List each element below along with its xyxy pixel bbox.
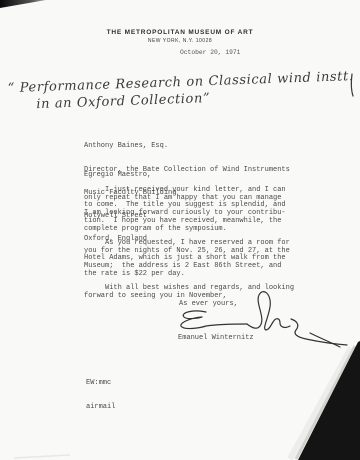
body-paragraph-3: With all best wishes and regards, and lo… <box>84 285 294 300</box>
scanned-letter-page: THE METROPOLITAN MUSEUM OF ART NEW YORK,… <box>0 0 360 460</box>
page-edge-highlight <box>296 346 355 459</box>
scan-corner-bottom-right <box>298 341 360 460</box>
scan-streak-bottom-left <box>14 455 70 458</box>
recipient-name: Anthony Baines, Esq. <box>84 143 290 151</box>
page-edge-shadow <box>290 348 351 459</box>
body-paragraph-2: As you requested, I have reserved a room… <box>84 240 290 279</box>
letter-date: October 20, 1971 <box>180 49 240 56</box>
typed-signature-name: Emanuel Winternitz <box>178 335 254 343</box>
typist-initials: EW:mmc <box>86 380 115 388</box>
letterhead-organization: THE METROPOLITAN MUSEUM OF ART <box>0 29 360 36</box>
scan-corner-top-left <box>0 0 46 8</box>
reference-block: EW:mmc airmail <box>86 365 115 427</box>
body-paragraph-1: I just received your kind letter, and I … <box>84 187 286 233</box>
letterhead-location: NEW YORK, N.Y. 10028 <box>0 38 360 44</box>
handwritten-annotation: “ Performance Research on Classical wind… <box>8 68 359 114</box>
salutation: Egregio Maestro, <box>84 172 151 180</box>
airmail-note: airmail <box>86 404 115 412</box>
closing-phrase: As ever yours, <box>179 301 238 309</box>
